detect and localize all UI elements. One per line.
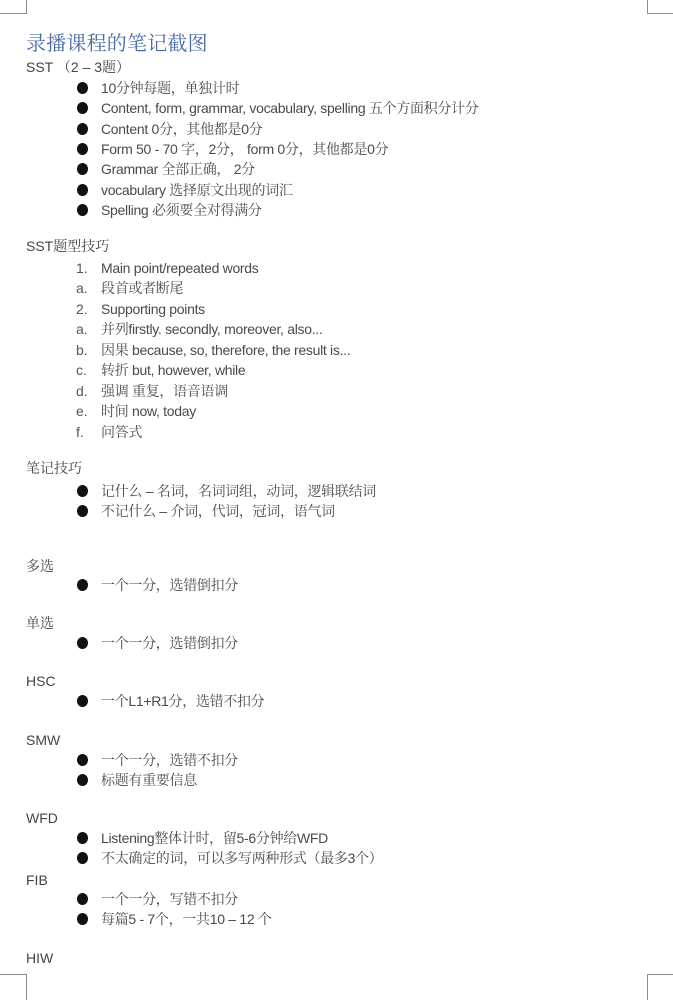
list-item: 一个一分，写错不扣分 — [76, 889, 238, 909]
list-item: 每篇5 - 7个，一共10 – 12 个 — [76, 909, 272, 929]
bullet-icon — [77, 82, 88, 94]
section-heading-wfd: WFD — [26, 809, 58, 827]
section-heading-sst: SST （2 – 3题） — [26, 58, 130, 76]
list-item: c.转折 but, however, while — [76, 360, 245, 380]
list-item: 一个一分，选错不扣分 — [76, 750, 238, 770]
crop-mark-bottom-right — [647, 974, 673, 1000]
crop-mark-bottom-left — [0, 974, 27, 1000]
section-heading-sst-tips: SST题型技巧 — [26, 237, 109, 255]
list-marker: a. — [76, 321, 101, 337]
list-item: 不太确定的词，可以多写两种形式（最多3个） — [76, 848, 383, 868]
list-item: f.问答式 — [76, 422, 142, 442]
list-item: 10分钟每题，单独计时 — [76, 78, 239, 98]
list-marker: a. — [76, 280, 101, 296]
bullet-icon — [77, 163, 88, 175]
page-title: 录播课程的笔记截图 — [26, 31, 208, 57]
bullet-icon — [77, 204, 88, 216]
bullet-icon — [77, 143, 88, 155]
list-item: 不记什么 – 介词，代词，冠词，语气词 — [76, 501, 335, 521]
list-marker: 1. — [76, 260, 101, 276]
section-heading-smw: SMW — [26, 731, 60, 749]
list-item: 标题有重要信息 — [76, 770, 197, 790]
list-item: 一个一分，选错倒扣分 — [76, 575, 238, 595]
list-item: a.段首或者断尾 — [76, 278, 183, 298]
section-heading-hsc: HSC — [26, 672, 56, 690]
list-item: d.强调 重复，语音语调 — [76, 381, 228, 401]
bullet-icon — [77, 852, 88, 864]
list-marker: b. — [76, 342, 101, 358]
list-item: e.时间 now, today — [76, 401, 196, 421]
list-marker: e. — [76, 403, 101, 419]
bullet-icon — [77, 695, 88, 707]
bullet-icon — [77, 579, 88, 591]
list-item: Grammar 全部正确， 2分 — [76, 159, 255, 179]
list-item: Spelling 必须要全对得满分 — [76, 200, 262, 220]
list-item: vocabulary 选择原文出现的词汇 — [76, 180, 293, 200]
list-item: Content, form, grammar, vocabulary, spel… — [76, 98, 479, 118]
bullet-icon — [77, 102, 88, 114]
bullet-icon — [77, 485, 88, 497]
list-item: Form 50 - 70 字，2分， form 0分，其他都是0分 — [76, 139, 388, 159]
list-item: 一个一分，选错倒扣分 — [76, 633, 238, 653]
list-item: 一个L1+R1分，选错不扣分 — [76, 691, 264, 711]
section-heading-note-tips: 笔记技巧 — [26, 459, 82, 477]
bullet-icon — [77, 184, 88, 196]
list-marker: d. — [76, 383, 101, 399]
bullet-icon — [77, 505, 88, 517]
list-item: Listening整体计时，留5-6分钟给WFD — [76, 828, 328, 848]
section-heading-single-choice: 单选 — [26, 614, 54, 632]
bullet-icon — [77, 123, 88, 135]
section-heading-multiple-choice: 多选 — [26, 557, 54, 575]
section-heading-hiw: HIW — [26, 949, 53, 967]
list-marker: f. — [76, 424, 101, 440]
list-item: b.因果 because, so, therefore, the result … — [76, 340, 350, 360]
list-item: Content 0分，其他都是0分 — [76, 119, 262, 139]
bullet-icon — [77, 637, 88, 649]
crop-mark-top-left — [0, 0, 27, 14]
section-heading-fib: FIB — [26, 871, 48, 889]
list-item: 2.Supporting points — [76, 299, 205, 319]
bullet-icon — [77, 913, 88, 925]
list-item: 记什么 – 名词，名词词组，动词，逻辑联结词 — [76, 481, 376, 501]
crop-mark-top-right — [647, 0, 673, 14]
bullet-icon — [77, 893, 88, 905]
list-marker: 2. — [76, 301, 101, 317]
bullet-icon — [77, 832, 88, 844]
bullet-icon — [77, 774, 88, 786]
list-marker: c. — [76, 362, 101, 378]
bullet-icon — [77, 754, 88, 766]
list-item: a.并列firstly. secondly, moreover, also... — [76, 319, 323, 339]
list-item: 1.Main point/repeated words — [76, 258, 259, 278]
